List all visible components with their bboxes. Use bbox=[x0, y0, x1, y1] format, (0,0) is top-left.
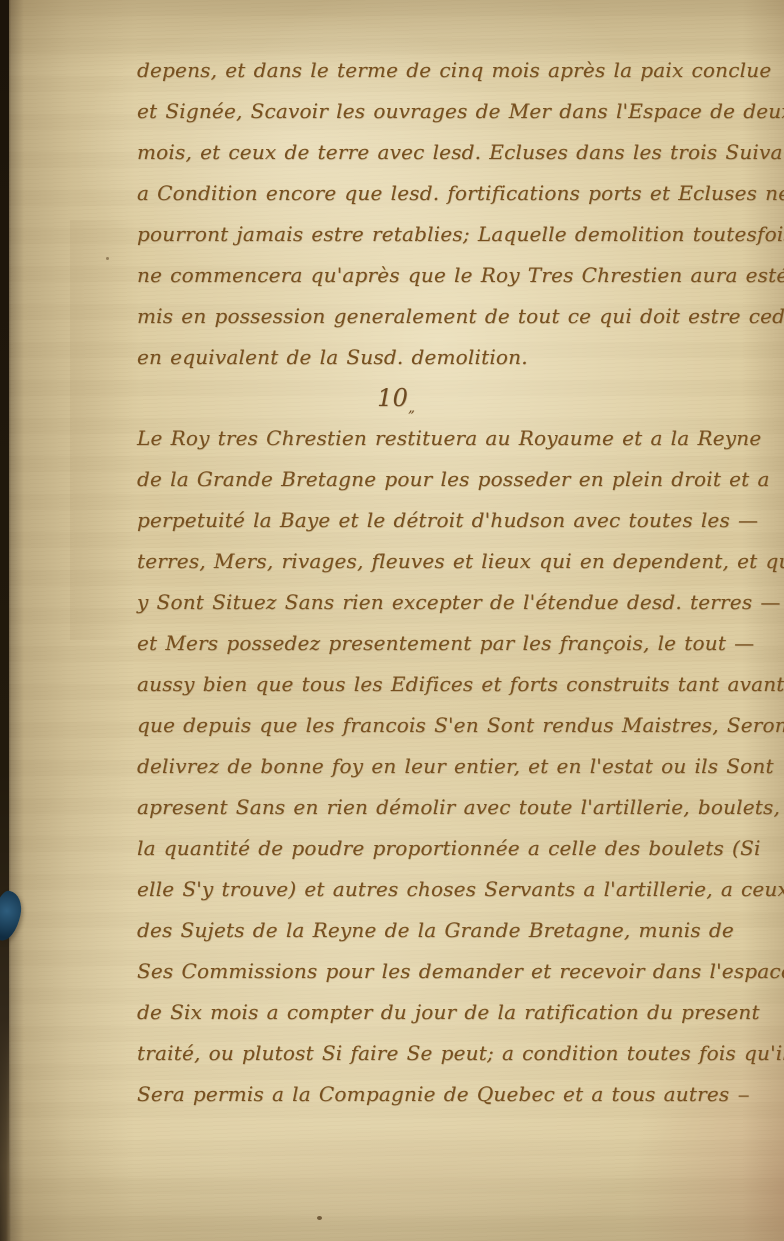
manuscript-line: de la Grande Bretagne pour les posseder … bbox=[137, 459, 784, 500]
manuscript-line: Ses Commissions pour les demander et rec… bbox=[137, 951, 784, 992]
manuscript-line: traité, ou plutost Si faire Se peut; a c… bbox=[137, 1033, 784, 1074]
manuscript-line: Sera permis a la Compagnie de Quebec et … bbox=[137, 1074, 784, 1115]
manuscript-line: et Mers possedez presentement par les fr… bbox=[137, 623, 784, 664]
article-number-heading: 10„ bbox=[137, 378, 784, 418]
manuscript-line: perpetuité la Baye et le détroit d'hudso… bbox=[137, 500, 784, 541]
manuscript-line: depens, et dans le terme de cinq mois ap… bbox=[137, 50, 784, 91]
manuscript-line: delivrez de bonne foy en leur entier, et… bbox=[137, 746, 784, 787]
article-number: 10 bbox=[377, 384, 408, 412]
manuscript-line: terres, Mers, rivages, fleuves et lieux … bbox=[137, 541, 784, 582]
manuscript-line: la quantité de poudre proportionnée a ce… bbox=[137, 828, 784, 869]
manuscript-line: ne commencera qu'après que le Roy Tres C… bbox=[137, 255, 784, 296]
manuscript-line: et Signée, Scavoir les ouvrages de Mer d… bbox=[137, 91, 784, 132]
ink-speck bbox=[106, 257, 109, 260]
manuscript-line: elle S'y trouve) et autres choses Servan… bbox=[137, 869, 784, 910]
manuscript-line: mois, et ceux de terre avec lesd. Ecluse… bbox=[137, 132, 784, 173]
paper-stain bbox=[240, 1130, 600, 1220]
manuscript-line: apresent Sans en rien démolir avec toute… bbox=[137, 787, 784, 828]
handwritten-text-block: depens, et dans le terme de cinq mois ap… bbox=[137, 50, 784, 1115]
manuscript-line: aussy bien que tous les Edifices et fort… bbox=[137, 664, 784, 705]
manuscript-line: pourront jamais estre retablies; Laquell… bbox=[137, 214, 784, 255]
ink-speck bbox=[317, 1216, 322, 1220]
manuscript-line: en equivalent de la Susd. demolition. bbox=[137, 337, 784, 378]
manuscript-line: que depuis que les francois S'en Sont re… bbox=[137, 705, 784, 746]
manuscript-line: de Six mois a compter du jour de la rati… bbox=[137, 992, 784, 1033]
paper-stain bbox=[70, 220, 140, 640]
manuscript-page-scan: depens, et dans le terme de cinq mois ap… bbox=[0, 0, 784, 1241]
binding-edge-shadow bbox=[0, 0, 9, 1241]
manuscript-line: a Condition encore que lesd. fortificati… bbox=[137, 173, 784, 214]
binding-thread-blue bbox=[0, 889, 25, 943]
manuscript-line: des Sujets de la Reyne de la Grande Bret… bbox=[137, 910, 784, 951]
manuscript-line: Le Roy tres Chrestien restituera au Roya… bbox=[137, 418, 784, 459]
manuscript-line: mis en possession generalement de tout c… bbox=[137, 296, 784, 337]
article-number-flourish: „ bbox=[408, 401, 414, 416]
manuscript-line: y Sont Situez Sans rien excepter de l'ét… bbox=[137, 582, 784, 623]
